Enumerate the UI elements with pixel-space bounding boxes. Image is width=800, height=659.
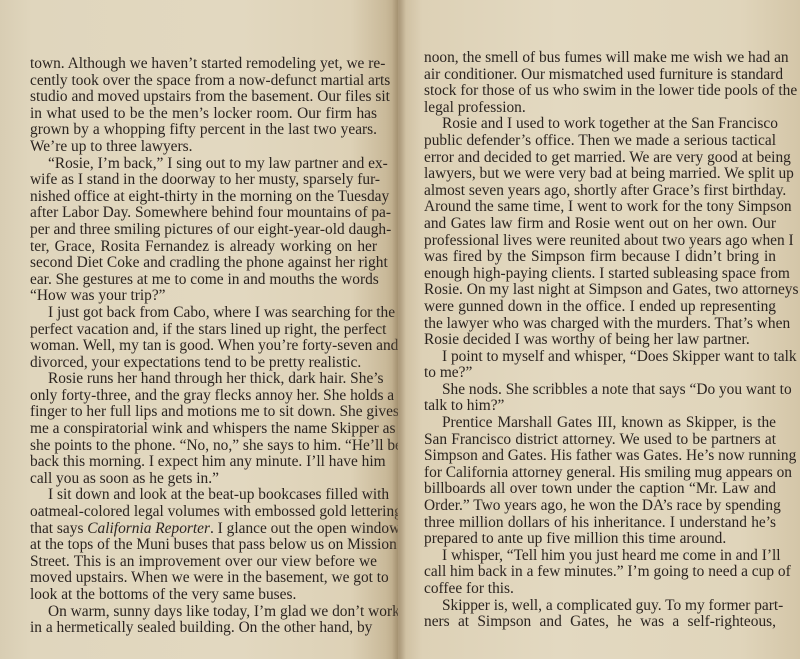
text-line: was fired by the Simpson firm because I … <box>424 249 776 266</box>
text-line: cently took over the space from a now-de… <box>30 73 377 90</box>
text-line: Skipper is, well, a complicated guy. To … <box>424 598 776 615</box>
text-line: studio and moved upstairs from the basem… <box>30 89 377 106</box>
text-line: moved upstairs. When we were in the base… <box>30 570 377 587</box>
text-line: ear. She gestures at me to come in and m… <box>30 272 377 289</box>
text-line: that says California Reporter. I glance … <box>30 521 377 538</box>
text-line: per and three smiling pictures of our ei… <box>30 222 377 239</box>
text-line: Rosie runs her hand through her thick, d… <box>30 371 377 388</box>
text-line: talk to him?” <box>424 398 776 415</box>
text-line: divorced, your expectations tend to be p… <box>30 355 377 372</box>
paragraph: On warm, sunny days like today, I’m glad… <box>30 604 377 637</box>
text-line: to me?” <box>424 365 776 382</box>
text-line: Rosie and I used to work together at the… <box>424 116 776 133</box>
text-line: nished office at eight-thirty in the mor… <box>30 189 377 206</box>
text-line: after Labor Day. Somewhere behind four m… <box>30 205 377 222</box>
text-line: ners at Simpson and Gates, he was a self… <box>424 614 776 631</box>
text-line: wife as I stand in the doorway to her mu… <box>30 172 377 189</box>
italic-title: California Reporter <box>87 520 210 537</box>
text-line: “Rosie, I’m back,” I sing out to my law … <box>30 156 377 173</box>
paragraph: She nods. She scribbles a note that says… <box>424 382 776 415</box>
text-line: call him back in a few minutes.” I’m goi… <box>424 564 776 581</box>
text-line: Simpson and Gates. His father was Gates.… <box>424 448 776 465</box>
paragraph: Rosie and I used to work together at the… <box>424 116 776 348</box>
paragraph: Prentice Marshall Gates III, known as Sk… <box>424 415 776 548</box>
text-line: finger to her full lips and motions me t… <box>30 404 377 421</box>
paragraph: I sit down and look at the beat-up bookc… <box>30 487 377 603</box>
text-line: look at the bottoms of the very same bus… <box>30 587 377 604</box>
text-line: “How was your trip?” <box>30 288 377 305</box>
paragraph: town. Although we haven’t started remode… <box>30 56 377 156</box>
text-line: San Francisco district attorney. We used… <box>424 432 776 449</box>
text-line: prepared to ante up five million this ti… <box>424 531 776 548</box>
text-line: woman. Well, my tan is good. When you’re… <box>30 338 377 355</box>
paragraph: I whisper, “Tell him you just heard me c… <box>424 548 776 598</box>
text-line: at the tops of the Muni buses that pass … <box>30 537 377 554</box>
text-line: I just got back from Cabo, where I was s… <box>30 305 377 322</box>
text-line: public defender’s office. Then we made a… <box>424 133 776 150</box>
text-line: lawyers, but we were very bad at being m… <box>424 166 776 183</box>
text-line: enough high-paying clients. I started su… <box>424 266 776 283</box>
book-spread: town. Although we haven’t started remode… <box>0 0 800 659</box>
text-line: Order.” Two years ago, he won the DA’s r… <box>424 498 776 515</box>
paragraph: I point to myself and whisper, “Does Ski… <box>424 349 776 382</box>
text-line: stock for those of us who swim in the lo… <box>424 83 776 100</box>
text-line: were gunned down in the office. I ended … <box>424 299 776 316</box>
text-line: she points to the phone. “No, no,” she s… <box>30 438 377 455</box>
left-page: town. Although we haven’t started remode… <box>0 0 398 659</box>
text-line: Rosie decided I was worthy of being her … <box>424 332 776 349</box>
text-line: We’re up to three lawyers. <box>30 139 377 156</box>
text-line: only forty-three, and the gray flecks an… <box>30 388 377 405</box>
paragraph: “Rosie, I’m back,” I sing out to my law … <box>30 156 377 305</box>
text-line: back this morning. I expect him any minu… <box>30 454 377 471</box>
text-line: Street. This is an improvement over our … <box>30 554 377 571</box>
text-line: grown by a whopping fifty percent in the… <box>30 122 377 139</box>
text-line: in what used to be the men’s locker room… <box>30 106 377 123</box>
text-line: me a conspiratorial wink and whispers th… <box>30 421 377 438</box>
left-page-text: town. Although we haven’t started remode… <box>30 56 377 637</box>
text-line: Prentice Marshall Gates III, known as Sk… <box>424 415 776 432</box>
text-line: and Gates law firm and Rosie went out on… <box>424 216 776 233</box>
text-line: for California attorney general. His smi… <box>424 465 776 482</box>
text-line: noon, the smell of bus fumes will make m… <box>424 50 776 67</box>
paragraph: noon, the smell of bus fumes will make m… <box>424 50 776 116</box>
text-line: oatmeal-colored legal volumes with embos… <box>30 504 377 521</box>
text-line: ter, Grace, Rosita Fernandez is already … <box>30 239 377 256</box>
right-page: noon, the smell of bus fumes will make m… <box>398 0 800 659</box>
text-line: Rosie. On my last night at Simpson and G… <box>424 282 776 299</box>
text-line: Around the same time, I went to work for… <box>424 199 776 216</box>
text-line: professional lives were reunited about t… <box>424 233 776 250</box>
paragraph: I just got back from Cabo, where I was s… <box>30 305 377 371</box>
text-line: error and decided to get married. We are… <box>424 150 776 167</box>
text-line: in a hermetically sealed building. On th… <box>30 620 377 637</box>
text-line: second Diet Coke and cradling the phone … <box>30 255 377 272</box>
text-line: air conditioner. Our mismatched used fur… <box>424 67 776 84</box>
right-page-text: noon, the smell of bus fumes will make m… <box>424 50 776 631</box>
text-line: coffee for this. <box>424 581 776 598</box>
text-line: I point to myself and whisper, “Does Ski… <box>424 349 776 366</box>
text-line: the lawyer who was charged with the murd… <box>424 316 776 333</box>
text-line: almost seven years ago, shortly after Gr… <box>424 183 776 200</box>
text-line: call you as soon as he gets in.” <box>30 471 377 488</box>
paragraph: Skipper is, well, a complicated guy. To … <box>424 598 776 631</box>
text-line: town. Although we haven’t started remode… <box>30 56 377 73</box>
text-line: legal profession. <box>424 100 776 117</box>
text-line: perfect vacation and, if the stars lined… <box>30 322 377 339</box>
text-line: billboards all over town under the capti… <box>424 481 776 498</box>
text-line: I whisper, “Tell him you just heard me c… <box>424 548 776 565</box>
text-line: I sit down and look at the beat-up bookc… <box>30 487 377 504</box>
text-line: She nods. She scribbles a note that says… <box>424 382 776 399</box>
text-line: On warm, sunny days like today, I’m glad… <box>30 604 377 621</box>
text-line: three million dollars of his inheritance… <box>424 515 776 532</box>
paragraph: Rosie runs her hand through her thick, d… <box>30 371 377 487</box>
